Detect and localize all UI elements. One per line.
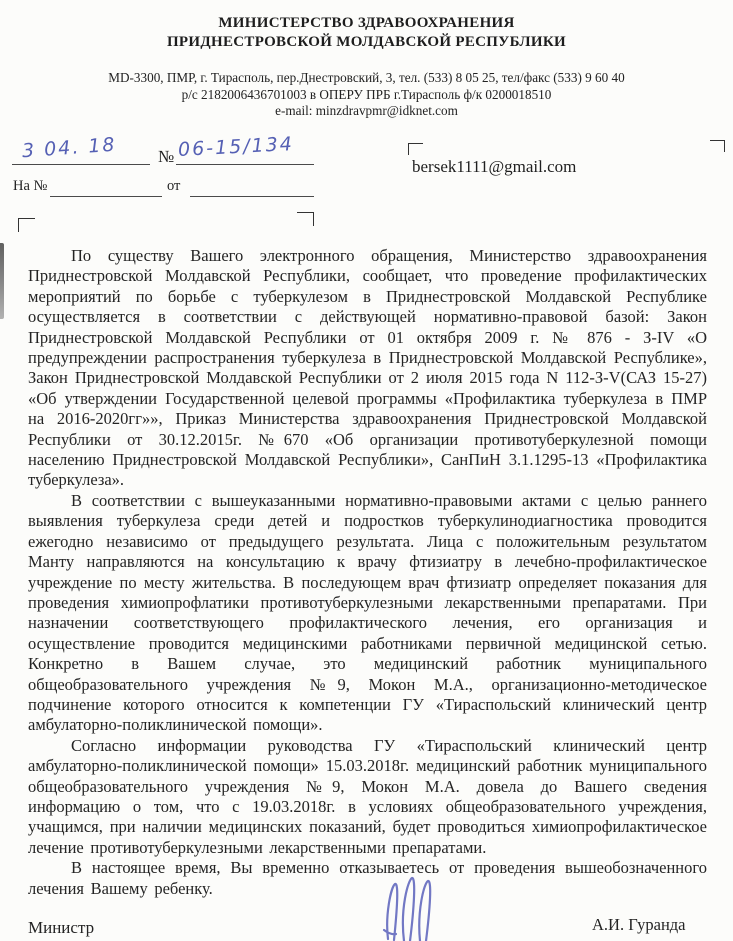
corner-mark-icon bbox=[297, 212, 314, 226]
letter-page: МИНИСТЕРСТВО ЗДРАВООХРАНЕНИЯ ПРИДНЕСТРОВ… bbox=[0, 0, 733, 941]
body-paragraph-3: Согласно информации руководства ГУ «Тира… bbox=[28, 736, 707, 858]
recipient-email: bersek1111@gmail.com bbox=[412, 157, 576, 177]
number-sign-label: № bbox=[158, 147, 174, 167]
letterhead-email: e-mail: minzdravpmr@idknet.com bbox=[0, 103, 733, 120]
reply-number-blank-line bbox=[50, 196, 162, 197]
ministry-title-line2: ПРИДНЕСТРОВСКОЙ МОЛДАВСКОЙ РЕСПУБЛИКИ bbox=[0, 33, 733, 52]
body-paragraph-2: В соответствии с вышеуказанными норматив… bbox=[28, 491, 707, 736]
outgoing-date-handwritten: 3 04. 18 bbox=[21, 134, 117, 163]
scan-artifact bbox=[0, 243, 4, 319]
ministry-title-line1: МИНИСТЕРСТВО ЗДРАВООХРАНЕНИЯ bbox=[0, 14, 733, 33]
number-blank-line bbox=[176, 164, 314, 165]
letterhead-address: MD-3300, ПМР, г. Тирасполь, пер.Днестров… bbox=[0, 70, 733, 87]
corner-mark-icon bbox=[710, 140, 725, 152]
body-paragraph-4: В настоящее время, Вы временно отказывае… bbox=[28, 858, 707, 899]
letterhead-bank-details: р/с 2182006436701003 в ОПЕРУ ПРБ г.Тирас… bbox=[0, 87, 733, 104]
date-blank-line bbox=[12, 164, 150, 165]
minister-title: Министр bbox=[28, 918, 94, 938]
letter-body: По существу Вашего электронного обращени… bbox=[28, 246, 707, 899]
letterhead: МИНИСТЕРСТВО ЗДРАВООХРАНЕНИЯ ПРИДНЕСТРОВ… bbox=[0, 14, 733, 120]
reply-date-blank-line bbox=[190, 196, 314, 197]
corner-mark-icon bbox=[18, 218, 35, 232]
outgoing-number-handwritten: 06-15/134 bbox=[178, 133, 295, 161]
minister-name: А.И. Гуранда bbox=[592, 915, 686, 935]
reply-from-label: от bbox=[167, 178, 180, 195]
minister-signature bbox=[382, 873, 446, 941]
body-paragraph-1: По существу Вашего электронного обращени… bbox=[28, 246, 707, 491]
reply-to-label: На № bbox=[13, 178, 47, 195]
corner-mark-icon bbox=[408, 143, 423, 155]
